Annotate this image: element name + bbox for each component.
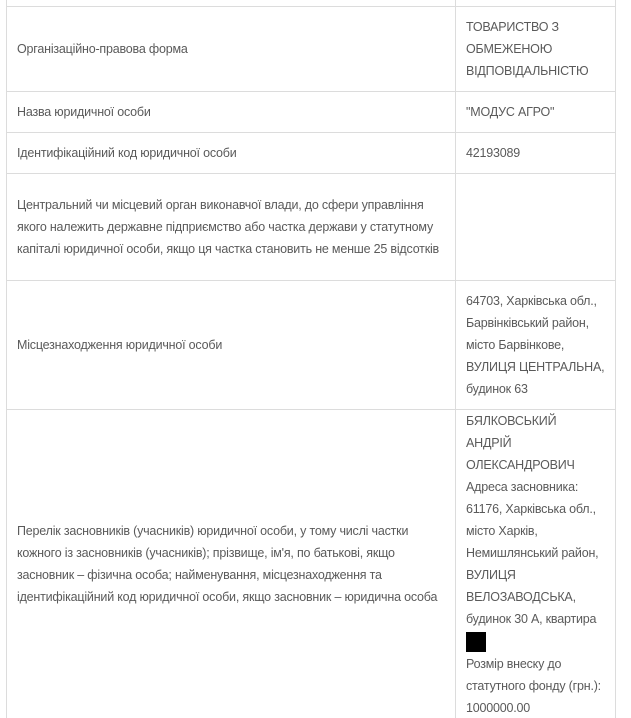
founder-name: ОЛЕКСАНДРОВИЧ (466, 454, 605, 476)
founder-contribution-amount: 1000000.00 (466, 697, 605, 718)
table-row-entity-name: Назва юридичної особи "МОДУС АГРО" (7, 92, 616, 133)
founder-address: 61176, Харківська обл., (466, 498, 605, 520)
value-location: 64703, Харківська обл., Барвінківський р… (456, 281, 616, 410)
label-legal-form: Організаційно-правова форма (7, 7, 456, 92)
table-row-founders: Перелік засновників (учасників) юридично… (7, 410, 616, 718)
founder-name: БЯЛКОВСЬКИЙ АНДРІЙ (466, 410, 605, 454)
value-legal-form: ТОВАРИСТВО З ОБМЕЖЕНОЮ ВІДПОВІДАЛЬНІСТЮ (456, 7, 616, 92)
redacted-block (466, 632, 486, 652)
table-row-legal-form: Організаційно-правова форма ТОВАРИСТВО З… (7, 7, 616, 92)
founder-address: будинок 30 А, квартира (466, 608, 605, 630)
table-row-location: Місцезнаходження юридичної особи 64703, … (7, 281, 616, 410)
founder-address: місто Харків, (466, 520, 605, 542)
registry-table-container: Організаційно-правова форма ТОВАРИСТВО З… (6, 0, 615, 718)
table-row-identification-code: Ідентифікаційний код юридичної особи 421… (7, 133, 616, 174)
label-identification-code: Ідентифікаційний код юридичної особи (7, 133, 456, 174)
value-entity-name: "МОДУС АГРО" (456, 92, 616, 133)
founder-contribution: статутного фонду (грн.): (466, 675, 605, 697)
founder-address-label: Адреса засновника: (466, 476, 605, 498)
value-founders: БЯЛКОВСЬКИЙ АНДРІЙ ОЛЕКСАНДРОВИЧ Адреса … (456, 410, 616, 718)
table-row-governing-authority: Центральний чи місцевий орган виконавчої… (7, 174, 616, 281)
label-location: Місцезнаходження юридичної особи (7, 281, 456, 410)
value-identification-code: 42193089 (456, 133, 616, 174)
founder-contribution: Розмір внеску до (466, 653, 605, 675)
founder-address: Немишлянський район, (466, 542, 605, 564)
value-governing-authority (456, 174, 616, 281)
label-founders: Перелік засновників (учасників) юридично… (7, 410, 456, 718)
label-governing-authority: Центральний чи місцевий орган виконавчої… (7, 174, 456, 281)
label-entity-name: Назва юридичної особи (7, 92, 456, 133)
founder-address: ВЕЛОЗАВОДСЬКА, (466, 586, 605, 608)
founder-address: ВУЛИЦЯ (466, 564, 605, 586)
legal-entity-registry-table: Організаційно-правова форма ТОВАРИСТВО З… (6, 0, 616, 718)
